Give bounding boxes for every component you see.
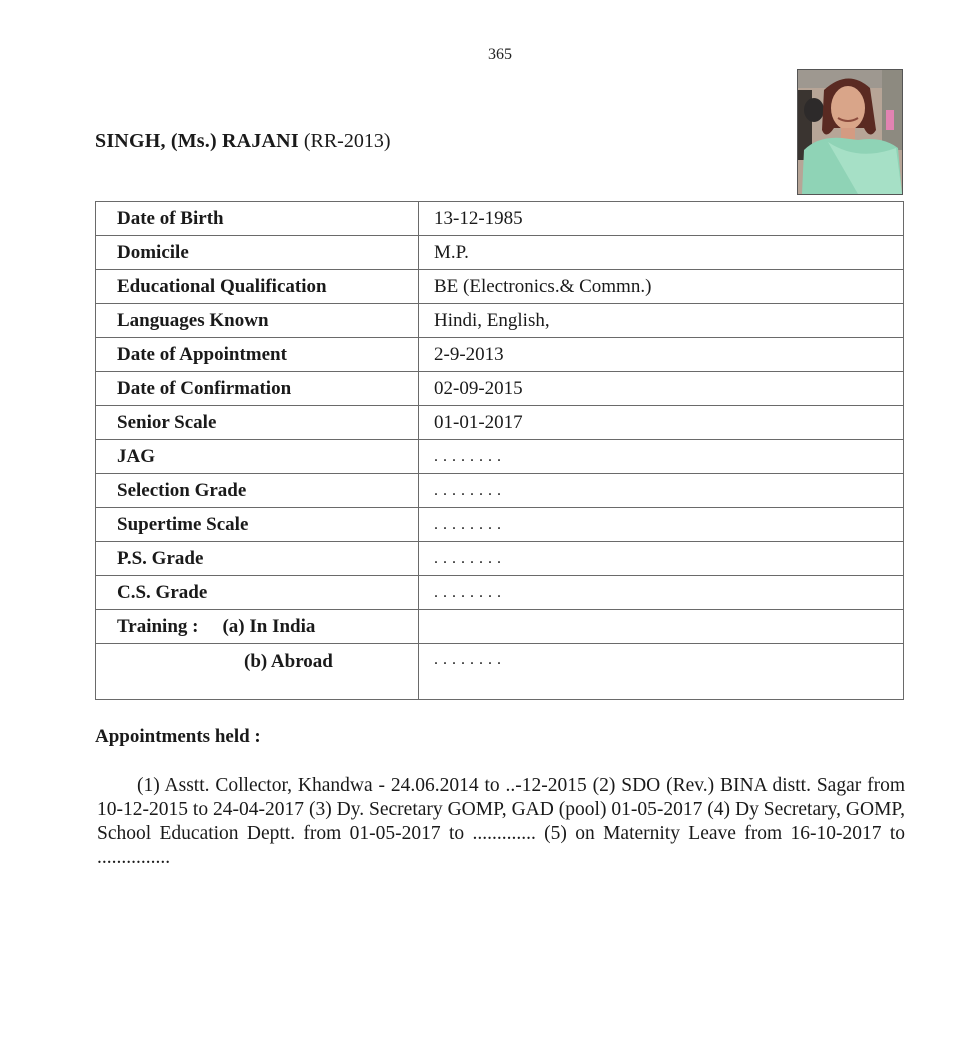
row-label: Senior Scale <box>96 406 419 440</box>
table-row: Languages Known Hindi, English, <box>96 304 904 338</box>
row-value: Hindi, English, <box>419 304 904 338</box>
row-label: Educational Qualification <box>96 270 419 304</box>
row-label: JAG <box>96 440 419 474</box>
appointments-heading: Appointments held : <box>95 726 261 748</box>
row-label: Languages Known <box>96 304 419 338</box>
table-row: Senior Scale 01-01-2017 <box>96 406 904 440</box>
table-row: Selection Grade ........ <box>96 474 904 508</box>
row-value: 01-01-2017 <box>419 406 904 440</box>
appointments-text: (1) Asstt. Collector, Khandwa - 24.06.20… <box>97 774 905 870</box>
row-label: Domicile <box>96 236 419 270</box>
row-value: ........ <box>419 508 904 542</box>
row-value: 2-9-2013 <box>419 338 904 372</box>
officer-name: SINGH, (Ms.) RAJANI <box>95 130 299 152</box>
row-value: 02-09-2015 <box>419 372 904 406</box>
table-row: Date of Appointment 2-9-2013 <box>96 338 904 372</box>
table-row: Date of Birth 13-12-1985 <box>96 202 904 236</box>
table-row: JAG ........ <box>96 440 904 474</box>
table-row: Date of Confirmation 02-09-2015 <box>96 372 904 406</box>
row-value: ........ <box>419 542 904 576</box>
table-row: Supertime Scale ........ <box>96 508 904 542</box>
table-row: C.S. Grade ........ <box>96 576 904 610</box>
row-value: ........ <box>419 440 904 474</box>
page-number: 365 <box>0 46 972 64</box>
row-label: C.S. Grade <box>96 576 419 610</box>
row-value: BE (Electronics.& Commn.) <box>419 270 904 304</box>
training-india-label: (a) In India <box>222 616 315 638</box>
row-label: Selection Grade <box>96 474 419 508</box>
training-label: Training : <box>117 616 198 637</box>
table-row: P.S. Grade ........ <box>96 542 904 576</box>
row-value: ........ <box>419 474 904 508</box>
row-label: Supertime Scale <box>96 508 419 542</box>
row-value: M.P. <box>419 236 904 270</box>
table-row-training-india: Training :(a) In India <box>96 610 904 644</box>
row-value: 13-12-1985 <box>419 202 904 236</box>
training-abroad-value: ........ <box>419 644 904 700</box>
row-label: Date of Confirmation <box>96 372 419 406</box>
row-label: P.S. Grade <box>96 542 419 576</box>
row-label: Date of Appointment <box>96 338 419 372</box>
row-label: Date of Birth <box>96 202 419 236</box>
training-abroad-label: (b) Abroad <box>244 651 333 673</box>
table-row-training-abroad: (b) Abroad ........ <box>96 644 904 700</box>
table-row: Domicile M.P. <box>96 236 904 270</box>
table-row: Educational Qualification BE (Electronic… <box>96 270 904 304</box>
portrait-image <box>798 70 902 194</box>
officer-heading: SINGH, (Ms.) RAJANI (RR-2013) <box>95 130 390 153</box>
profile-table: Date of Birth 13-12-1985 Domicile M.P. E… <box>95 201 904 700</box>
officer-batch: (RR-2013) <box>304 130 391 152</box>
training-india-value <box>419 610 904 644</box>
training-label-cell: Training :(a) In India <box>96 610 419 644</box>
training-abroad-cell: (b) Abroad <box>96 644 419 700</box>
row-value: ........ <box>419 576 904 610</box>
officer-photo <box>797 69 903 195</box>
